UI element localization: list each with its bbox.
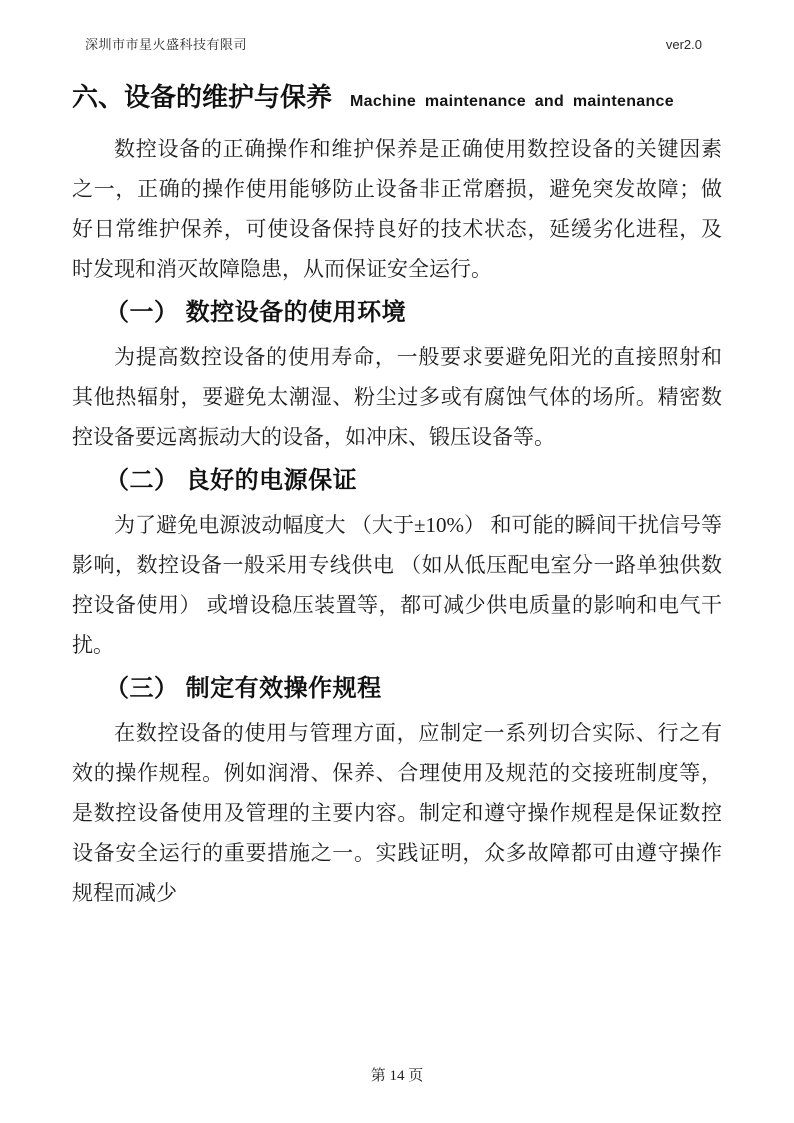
section-1-heading: （一） 数控设备的使用环境 [105, 297, 722, 329]
section-2-paragraph: 为了避免电源波动幅度大 （大于±10%） 和可能的瞬间干扰信号等影响，数控设备一… [72, 505, 722, 665]
chapter-title-zh: 六、设备的维护与保养 [72, 80, 332, 114]
chapter-title-en: Machine maintenance and maintenance [350, 85, 674, 119]
document-page: 深圳市市星火盛科技有限司 ver2.0 六、设备的维护与保养 Machine m… [0, 0, 794, 1123]
section-3-heading: （三） 制定有效操作规程 [105, 673, 722, 705]
section-2-heading: （二） 良好的电源保证 [105, 465, 722, 497]
section-3-paragraph: 在数控设备的使用与管理方面，应制定一系列切合实际、行之有效的操作规程。例如润滑、… [72, 713, 722, 913]
version-label: ver2.0 [666, 36, 722, 54]
company-name: 深圳市市星火盛科技有限司 [72, 36, 247, 54]
page-number: 第 14 页 [371, 1068, 424, 1084]
intro-paragraph: 数控设备的正确操作和维护保养是正确使用数控设备的关键因素之一，正确的操作使用能够… [72, 129, 722, 289]
chapter-title-row: 六、设备的维护与保养 Machine maintenance and maint… [72, 80, 722, 119]
section-1-paragraph: 为提高数控设备的使用寿命，一般要求要避免阳光的直接照射和其他热辐射，要避免太潮湿… [72, 337, 722, 457]
page-header: 深圳市市星火盛科技有限司 ver2.0 [72, 36, 722, 54]
page-footer: 第 14 页 [0, 1064, 794, 1085]
